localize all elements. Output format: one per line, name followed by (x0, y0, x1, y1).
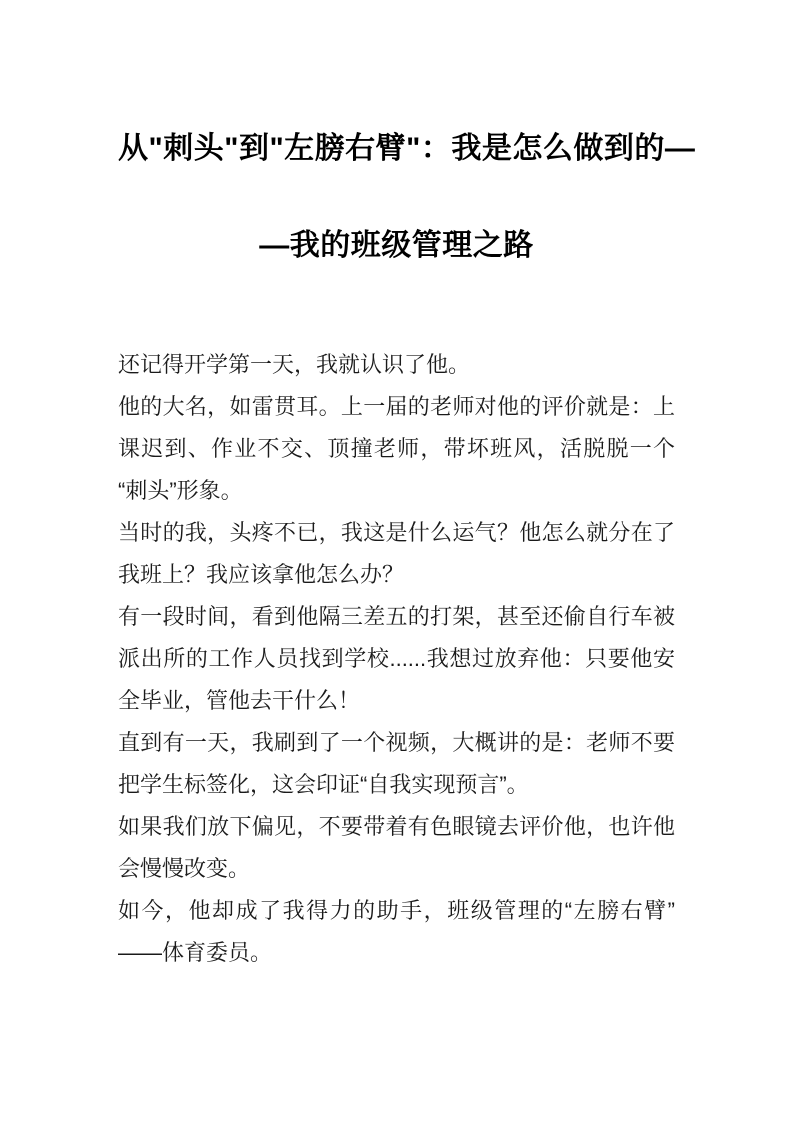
paragraph-6: 如果我们放下偏见，不要带着有色眼镜去评价他，也许他会慢慢改变。 (118, 806, 675, 890)
document-page: 从"刺头"到"左膀右臂"：我是怎么做到的— —我的班级管理之路 还记得开学第一天… (0, 0, 793, 1122)
title-line-1: 从"刺头"到"左膀右臂"：我是怎么做到的— (118, 100, 675, 197)
document-body: 还记得开学第一天，我就认识了他。 他的大名，如雷贯耳。上一届的老师对他的评价就是… (118, 344, 675, 974)
paragraph-2: 他的大名，如雷贯耳。上一届的老师对他的评价就是：上课迟到、作业不交、顶撞老师，带… (118, 386, 675, 512)
paragraph-3: 当时的我，头疼不已，我这是什么运气？他怎么就分在了我班上？我应该拿他怎么办？ (118, 512, 675, 596)
paragraph-1: 还记得开学第一天，我就认识了他。 (118, 344, 675, 386)
paragraph-5: 直到有一天，我刷到了一个视频，大概讲的是：老师不要把学生标签化，这会印证“自我实… (118, 722, 675, 806)
document-title: 从"刺头"到"左膀右臂"：我是怎么做到的— —我的班级管理之路 (118, 100, 675, 294)
paragraph-7: 如今，他却成了我得力的助手，班级管理的“左膀右臂”——体育委员。 (118, 890, 675, 974)
title-line-2: —我的班级管理之路 (118, 197, 675, 294)
paragraph-4: 有一段时间，看到他隔三差五的打架，甚至还偷自行车被派出所的工作人员找到学校...… (118, 596, 675, 722)
